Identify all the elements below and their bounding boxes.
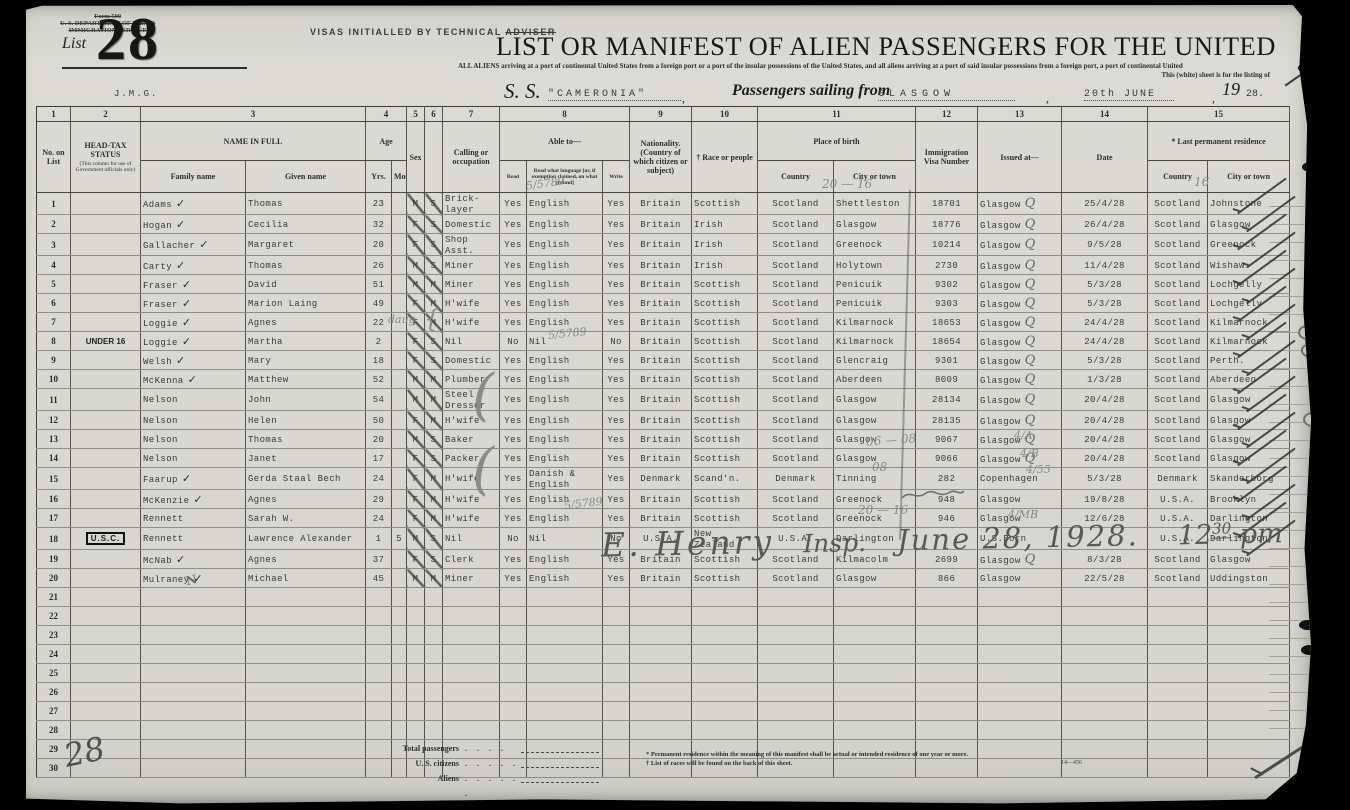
col-visa-number: Immigration Visa Number	[916, 122, 978, 193]
cell-no: 27	[37, 702, 71, 721]
pencil-note: 20 — 16	[822, 177, 872, 191]
cell-language: English	[527, 351, 603, 370]
cell-write: Yes	[603, 193, 630, 215]
pencil-q: Q	[1025, 413, 1036, 428]
cell-no: 9	[37, 351, 71, 370]
cell-language	[527, 607, 603, 626]
cell-read	[500, 664, 527, 683]
cell-no: 26	[37, 683, 71, 702]
cell-birth_country: Scotland	[758, 275, 834, 294]
cell-no: 23	[37, 626, 71, 645]
cell-nationality	[630, 645, 692, 664]
col-race: † Race or people	[692, 122, 758, 193]
cell-mos	[392, 569, 407, 588]
manifest-row: 11NelsonJohn54MMSteel DresserYesEnglishY…	[37, 389, 1290, 411]
cell-res_country	[1148, 664, 1208, 683]
cell-nationality: Britain	[630, 490, 692, 509]
cell-race: Scottish	[692, 449, 758, 468]
cell-calling: Clerk	[443, 550, 500, 569]
cell-family	[141, 645, 246, 664]
cell-no: 16	[37, 490, 71, 509]
punch-hole	[1299, 620, 1316, 630]
cell-family: Faarup✓	[141, 468, 246, 490]
cell-write	[603, 759, 630, 778]
cell-birth_country: Scotland	[758, 234, 834, 256]
cell-race: Scottish	[692, 332, 758, 351]
pencil-tick: ✓	[182, 317, 191, 329]
cell-mos	[392, 430, 407, 449]
pencil-q: Q	[1025, 237, 1036, 252]
cell-family: Welsh✓	[141, 351, 246, 370]
cell-mos	[392, 645, 407, 664]
cell-yrs	[366, 664, 392, 683]
col-nationality: Nationality. (Country of which citizen o…	[630, 122, 692, 193]
cell-marital: S	[425, 256, 443, 275]
punch-hole	[1305, 86, 1322, 96]
cell-race	[692, 664, 758, 683]
cell-read: No	[500, 332, 527, 351]
cell-res_country	[1148, 645, 1208, 664]
cell-race	[692, 702, 758, 721]
cell-res_country: U.S.A.	[1148, 490, 1208, 509]
cell-write: Yes	[603, 430, 630, 449]
cell-birth_city	[834, 645, 916, 664]
cell-yrs: 29	[366, 490, 392, 509]
cell-mos	[392, 607, 407, 626]
cell-read: Yes	[500, 215, 527, 234]
list-number-stamp: 28	[96, 5, 160, 74]
cell-birth_country	[758, 664, 834, 683]
cell-given: Mary	[246, 351, 366, 370]
cell-mos	[392, 550, 407, 569]
cell-family	[141, 664, 246, 683]
col-yrs: Yrs.	[366, 161, 392, 193]
cell-given: David	[246, 275, 366, 294]
cell-family: Carty✓	[141, 256, 246, 275]
header-row-1: No. on List HEAD-TAX STATUS (This column…	[37, 122, 1290, 161]
cell-family: Nelson	[141, 430, 246, 449]
manifest-row-empty: 21	[37, 588, 1290, 607]
cell-head_tax	[71, 588, 141, 607]
cell-no: 4	[37, 256, 71, 275]
manifest-sheet: Form 500 U. S. DEPARTMENT OF LABOR IMMIG…	[26, 5, 1324, 805]
cell-read	[500, 702, 527, 721]
cell-given: Helen	[246, 411, 366, 430]
col-mos: Mos.	[392, 161, 407, 193]
cell-given: Matthew	[246, 370, 366, 389]
cell-marital: S	[425, 430, 443, 449]
cell-issued: GlasgowQ	[978, 411, 1062, 430]
cell-birth_country: Scotland	[758, 313, 834, 332]
cell-family: Loggie✓	[141, 313, 246, 332]
cell-read: Yes	[500, 411, 527, 430]
cell-family: Fraser✓	[141, 294, 246, 313]
cell-language	[527, 588, 603, 607]
cell-head_tax	[71, 702, 141, 721]
pencil-tick: ✓	[182, 473, 191, 485]
cell-birth_country: Scotland	[758, 193, 834, 215]
cell-given	[246, 702, 366, 721]
cell-sex: F	[407, 550, 425, 569]
col-num: 13	[978, 107, 1062, 122]
cell-mos	[392, 193, 407, 215]
cell-issued	[978, 664, 1062, 683]
cell-date: 9/5/28	[1062, 234, 1148, 256]
cell-language: English	[527, 215, 603, 234]
cell-yrs: 20	[366, 234, 392, 256]
cell-marital	[425, 645, 443, 664]
pencil-scribble	[900, 487, 966, 503]
cell-write: Yes	[603, 449, 630, 468]
cell-calling	[443, 721, 500, 740]
cell-family: Nelson	[141, 449, 246, 468]
cell-head_tax	[71, 569, 141, 588]
print-code: 14—456	[1061, 760, 1082, 766]
manifest-body: 1Adams✓Thomas23MSBrick-layerYesEnglishYe…	[37, 193, 1290, 778]
col-calling: Calling or occupation	[443, 122, 500, 193]
cell-no: 18	[37, 528, 71, 550]
cell-nationality: Britain	[630, 275, 692, 294]
cell-no: 5	[37, 275, 71, 294]
cell-date: 20/4/28	[1062, 411, 1148, 430]
cell-write: No	[603, 332, 630, 351]
manifest-row: 1Adams✓Thomas23MSBrick-layerYesEnglishYe…	[37, 193, 1290, 215]
cell-race	[692, 721, 758, 740]
cell-no: 22	[37, 607, 71, 626]
pencil-q: Q	[1025, 196, 1036, 211]
cell-language: English	[527, 449, 603, 468]
cell-write: Yes	[603, 313, 630, 332]
cell-given	[246, 759, 366, 778]
cell-language: English	[527, 275, 603, 294]
cell-race	[692, 645, 758, 664]
cell-marital	[425, 626, 443, 645]
cell-issued: Glasgow	[978, 569, 1062, 588]
pencil-note: 16	[1194, 175, 1209, 189]
cell-date: 1/3/28	[1062, 370, 1148, 389]
cell-res_country: Scotland	[1148, 215, 1208, 234]
cell-read: Yes	[500, 370, 527, 389]
cell-family	[141, 588, 246, 607]
cell-read: Yes	[500, 313, 527, 332]
cell-birth_country: Scotland	[758, 294, 834, 313]
cell-calling: Miner	[443, 275, 500, 294]
cell-sex: M	[407, 389, 425, 411]
cell-given: Cecilia	[246, 215, 366, 234]
cell-no: 2	[37, 215, 71, 234]
cell-head_tax	[71, 664, 141, 683]
punch-hole	[1302, 162, 1319, 172]
cell-head_tax	[71, 389, 141, 411]
cell-res_country: Scotland	[1148, 389, 1208, 411]
cell-language: English	[527, 389, 603, 411]
cell-birth_country: Scotland	[758, 332, 834, 351]
cell-sex	[407, 721, 425, 740]
cell-nationality	[630, 721, 692, 740]
cell-read	[500, 626, 527, 645]
col-no-on-list: No. on List	[37, 122, 71, 193]
cell-language	[527, 664, 603, 683]
cell-nationality	[630, 588, 692, 607]
cell-write: Yes	[603, 215, 630, 234]
cell-date: 11/4/28	[1062, 256, 1148, 275]
cell-yrs: 45	[366, 569, 392, 588]
form-subtitle: ALL ALIENS arriving at a port of contine…	[458, 62, 1270, 79]
cell-nationality	[630, 607, 692, 626]
cell-language	[527, 721, 603, 740]
cell-calling: Domestic	[443, 215, 500, 234]
cell-date: 5/3/28	[1062, 275, 1148, 294]
cell-family: Rennett	[141, 509, 246, 528]
cell-family: Loggie✓	[141, 332, 246, 351]
cell-language: English	[527, 569, 603, 588]
col-age: Age	[366, 122, 407, 161]
cell-head_tax	[71, 313, 141, 332]
pencil-mark: 4/A	[1014, 429, 1033, 442]
cell-issued: GlasgowQ	[978, 215, 1062, 234]
cell-sex: M	[407, 193, 425, 215]
cell-yrs	[366, 607, 392, 626]
cell-no: 8	[37, 332, 71, 351]
col-num: 2	[71, 107, 141, 122]
punch-hole	[1301, 343, 1320, 358]
cell-res_country	[1148, 759, 1208, 778]
totals-block: Total passengers . . . . U. S. citizens …	[371, 741, 599, 801]
manifest-row: 14NelsonJanet17FSPackerYesEnglishYesBrit…	[37, 449, 1290, 468]
cell-mos	[392, 683, 407, 702]
cell-issued: GlasgowQ	[978, 389, 1062, 411]
cell-calling	[443, 645, 500, 664]
cell-no: 10	[37, 370, 71, 389]
col-last-residence: * Last permanent residence	[1148, 122, 1290, 161]
manifest-row: 12NelsonHelen50FMH'wifeYesEnglishYesBrit…	[37, 411, 1290, 430]
cell-res_country: Scotland	[1148, 256, 1208, 275]
cell-sex	[407, 664, 425, 683]
cell-head_tax	[71, 550, 141, 569]
cell-date: 20/4/28	[1062, 430, 1148, 449]
cell-calling	[443, 588, 500, 607]
manifest-row: 16McKenzie✓Agnes29FMH'wifeYesEnglishYesB…	[37, 490, 1290, 509]
pencil-mark: 4/B	[1020, 447, 1039, 460]
pencil-tick: ✓	[182, 298, 191, 310]
cell-no: 21	[37, 588, 71, 607]
cell-marital	[425, 702, 443, 721]
punch-hole	[1303, 412, 1322, 427]
cell-sex: F	[407, 294, 425, 313]
cell-race: Scottish	[692, 490, 758, 509]
cell-no: 20	[37, 569, 71, 588]
cell-date	[1062, 702, 1148, 721]
cell-family	[141, 721, 246, 740]
cell-family: Hogan✓	[141, 215, 246, 234]
cell-yrs: 2	[366, 332, 392, 351]
cell-issued	[978, 645, 1062, 664]
cell-issued	[978, 702, 1062, 721]
cell-language: English	[527, 193, 603, 215]
manifest-row-empty: 27	[37, 702, 1290, 721]
cell-race	[692, 683, 758, 702]
year-typed: 28.	[1246, 89, 1264, 100]
cell-mos	[392, 490, 407, 509]
cell-yrs: 50	[366, 411, 392, 430]
cell-given	[246, 588, 366, 607]
cell-visa: 9301	[916, 351, 978, 370]
us-citizens-line: U. S. citizens . . . . .	[371, 756, 599, 771]
cell-write: Yes	[603, 490, 630, 509]
cell-sex: F	[407, 490, 425, 509]
cell-res_country: Scotland	[1148, 370, 1208, 389]
cell-race: Irish	[692, 215, 758, 234]
cell-mos	[392, 256, 407, 275]
cell-nationality	[630, 626, 692, 645]
cell-res_country: Scotland	[1148, 275, 1208, 294]
cell-date: 5/3/28	[1062, 351, 1148, 370]
cell-date	[1062, 588, 1148, 607]
cell-calling: H'wife	[443, 313, 500, 332]
cell-mos	[392, 721, 407, 740]
cell-head_tax	[71, 645, 141, 664]
cell-calling: H'wife	[443, 294, 500, 313]
pencil-tick: ✓	[176, 219, 185, 231]
cell-nationality: Britain	[630, 294, 692, 313]
cell-read: Yes	[500, 550, 527, 569]
cell-visa	[916, 683, 978, 702]
cell-mos	[392, 332, 407, 351]
cell-date	[1062, 721, 1148, 740]
cell-nationality	[630, 683, 692, 702]
cell-no: 25	[37, 664, 71, 683]
cell-birth_country	[758, 588, 834, 607]
pencil-q: Q	[1025, 353, 1036, 368]
cell-family	[141, 626, 246, 645]
cell-calling	[443, 664, 500, 683]
cell-sex	[407, 702, 425, 721]
cell-read	[500, 721, 527, 740]
cell-race: Scand'n.	[692, 468, 758, 490]
cell-mos	[392, 370, 407, 389]
pencil-tick: ✓	[182, 279, 191, 291]
cell-marital: S	[425, 193, 443, 215]
col-place-of-birth: Place of birth	[758, 122, 916, 161]
col-num: 4	[366, 107, 407, 122]
cell-marital	[425, 588, 443, 607]
pencil-mark: 4/MB	[1008, 508, 1038, 521]
cell-write: Yes	[603, 411, 630, 430]
pencil-tick: ✓	[176, 260, 185, 272]
cell-write: Yes	[603, 569, 630, 588]
manifest-table: 1 2 3 4 5 6 7 8 9 10 11 12 13 14 15 No. …	[36, 106, 1290, 778]
cell-birth_country	[758, 721, 834, 740]
cell-given: Lawrence Alexander	[246, 528, 366, 550]
cell-given: Thomas	[246, 193, 366, 215]
cell-marital	[425, 664, 443, 683]
cell-birth_country: Scotland	[758, 490, 834, 509]
cell-given	[246, 740, 366, 759]
cell-language: Nil	[527, 528, 603, 550]
manifest-row: 5Fraser✓David51MMMinerYesEnglishYesBrita…	[37, 275, 1290, 294]
cell-read	[500, 645, 527, 664]
col-write: Write	[603, 161, 630, 193]
cell-res_country: Scotland	[1148, 411, 1208, 430]
cell-calling: Shop Asst.	[443, 234, 500, 256]
col-date: Date	[1062, 122, 1148, 193]
cell-family: Nelson	[141, 411, 246, 430]
cell-birth_city: Kilmarnock	[834, 313, 916, 332]
cell-birth_country	[758, 683, 834, 702]
cell-write	[603, 740, 630, 759]
punch-hole	[1306, 185, 1323, 195]
cell-date	[1062, 607, 1148, 626]
cell-res_city	[1208, 740, 1290, 759]
cell-date	[1062, 626, 1148, 645]
cell-visa	[916, 588, 978, 607]
manifest-row-empty: 25	[37, 664, 1290, 683]
cell-given	[246, 645, 366, 664]
manifest-row: 3Gallacher✓Margaret20FSShop Asst.YesEngl…	[37, 234, 1290, 256]
cell-sex	[407, 607, 425, 626]
cell-res_country: Scotland	[1148, 313, 1208, 332]
cell-race: Scottish	[692, 275, 758, 294]
pencil-brace: (	[472, 437, 494, 502]
cell-given: Martha	[246, 332, 366, 351]
cell-issued: GlasgowQ	[978, 234, 1062, 256]
cell-head_tax	[71, 607, 141, 626]
cell-marital	[425, 683, 443, 702]
cell-given	[246, 626, 366, 645]
cell-visa	[916, 607, 978, 626]
cell-read: Yes	[500, 351, 527, 370]
cell-marital: S	[425, 215, 443, 234]
cell-date: 20/4/28	[1062, 449, 1148, 468]
cell-write	[603, 645, 630, 664]
cell-marital	[425, 607, 443, 626]
col-num: 1	[37, 107, 71, 122]
cell-calling	[443, 702, 500, 721]
manifest-row: 15Faarup✓Gerda Staal Bech24FMH'wifeYesDa…	[37, 468, 1290, 490]
col-num: 3	[141, 107, 366, 122]
cell-given: Margaret	[246, 234, 366, 256]
pencil-q: Q	[1025, 217, 1036, 232]
cell-read: Yes	[500, 569, 527, 588]
pencil-daughter-note: daug	[388, 313, 416, 326]
cell-sex: F	[407, 351, 425, 370]
cell-no: 24	[37, 645, 71, 664]
cell-birth_city	[834, 683, 916, 702]
col-num: 6	[425, 107, 443, 122]
total-passengers-line: Total passengers . . . .	[371, 741, 599, 756]
cell-write: Yes	[603, 351, 630, 370]
cell-head_tax	[71, 193, 141, 215]
cell-calling: Nil	[443, 528, 500, 550]
manifest-row-empty: 23	[37, 626, 1290, 645]
cell-issued: GlasgowQ	[978, 313, 1062, 332]
cell-marital: S	[425, 234, 443, 256]
cell-birth_country: Denmark	[758, 468, 834, 490]
cell-issued: Glasgow	[978, 490, 1062, 509]
manifest-row: 6Fraser✓Marion Laing49FMH'wifeYesEnglish…	[37, 294, 1290, 313]
cell-language: Danish & English	[527, 468, 603, 490]
col-res-city: City or town	[1208, 161, 1290, 193]
cell-yrs: 51	[366, 275, 392, 294]
manifest-row-empty: 24	[37, 645, 1290, 664]
cell-race: Scottish	[692, 430, 758, 449]
cell-family	[141, 702, 246, 721]
cell-race: Scottish	[692, 294, 758, 313]
cell-birth_city	[834, 721, 916, 740]
year-printed: 19	[1222, 79, 1240, 100]
cell-given	[246, 721, 366, 740]
cell-sex: F	[407, 332, 425, 351]
